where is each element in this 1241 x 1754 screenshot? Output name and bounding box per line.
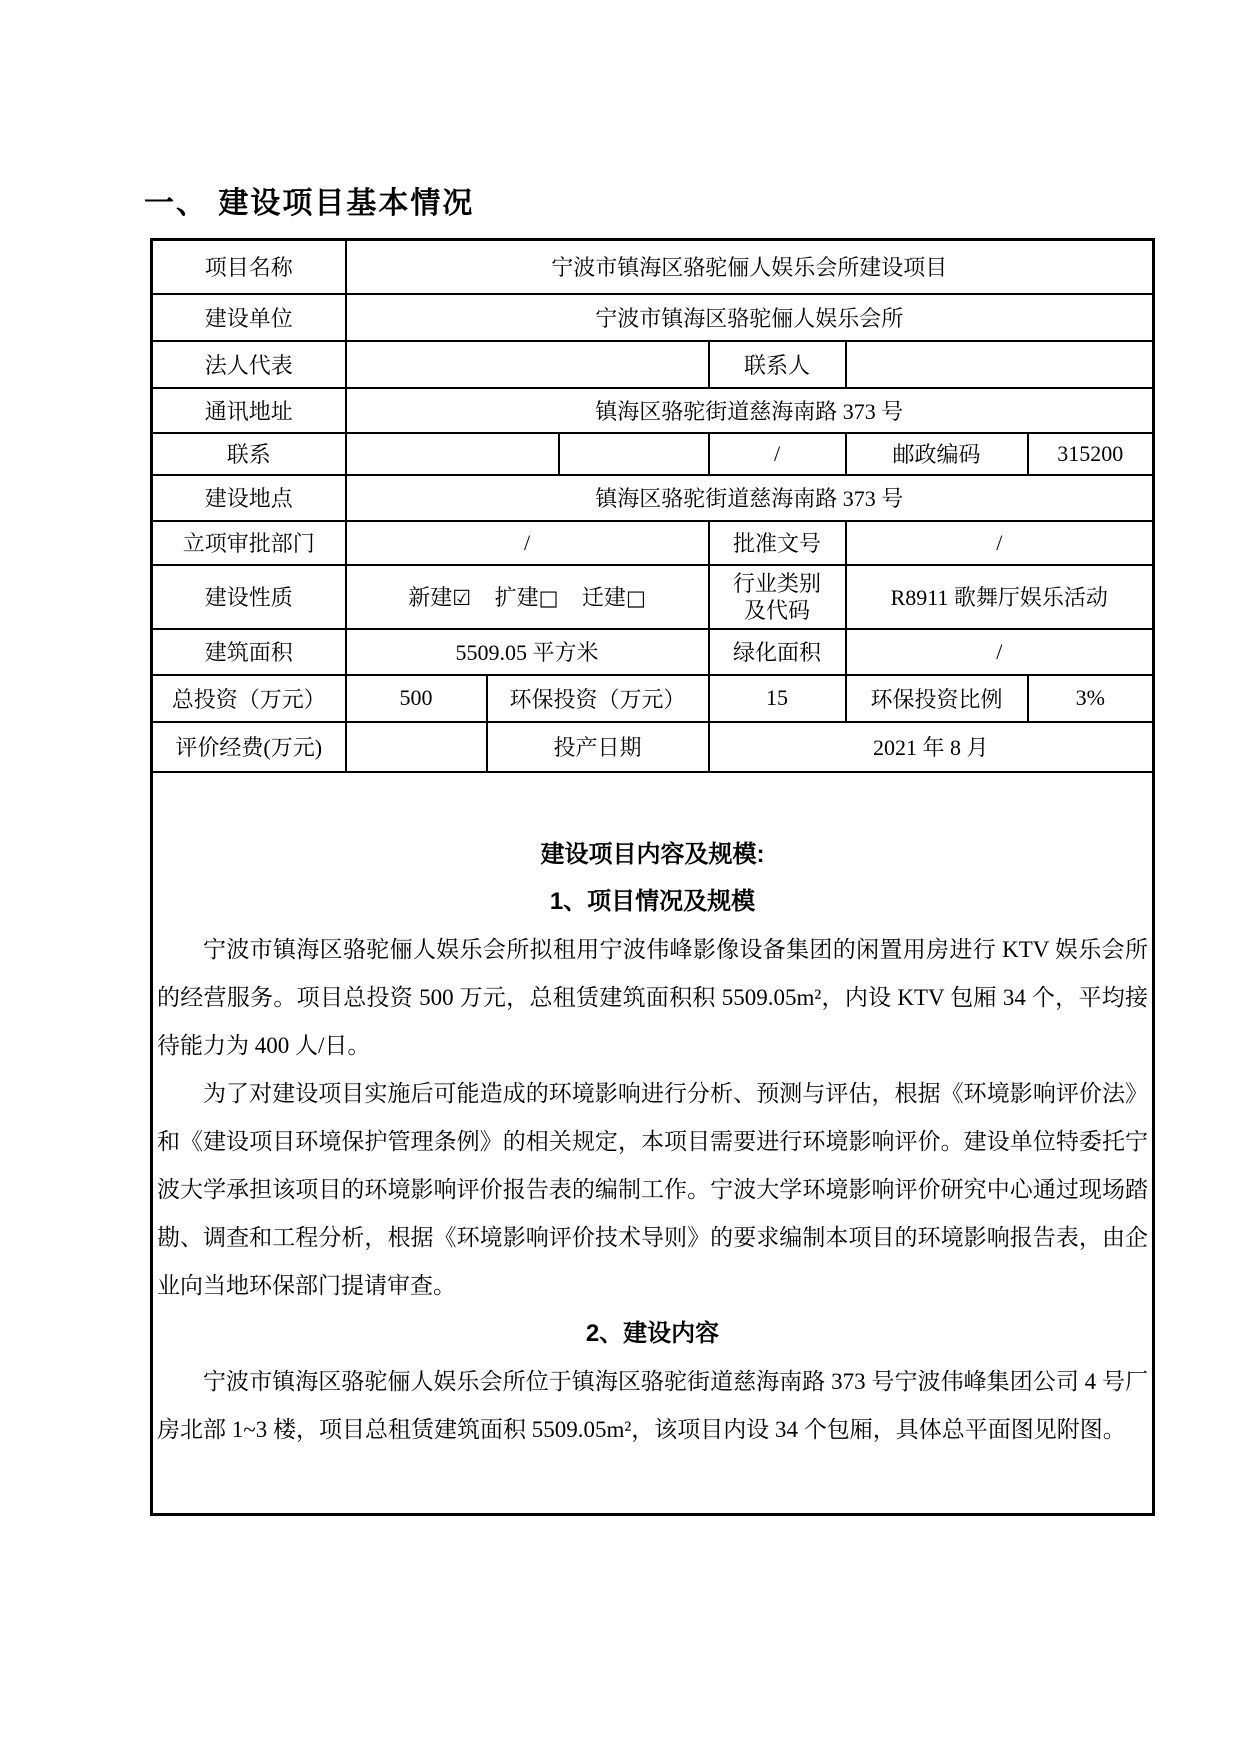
cell-nature-options: 新建☑ 扩建□ 迁建□: [346, 565, 709, 629]
row-construction-unit: 建设单位 宁波市镇海区骆驼俪人娱乐会所: [152, 294, 1154, 341]
industry-label-line1: 行业类别: [714, 570, 841, 597]
basic-info-table: 项目名称 宁波市镇海区骆驼俪人娱乐会所建设项目 建设单位 宁波市镇海区骆驼俪人娱…: [150, 238, 1155, 1516]
cell-project-name-value: 宁波市镇海区骆驼俪人娱乐会所建设项目: [346, 240, 1154, 294]
cell-eval-fee-label: 评价经费(万元): [152, 722, 346, 772]
cell-env-invest-value: 15: [709, 675, 846, 722]
checkbox-checked-icon: ☑: [452, 586, 471, 610]
cell-invest-value: 500: [346, 675, 487, 722]
row-project-name: 项目名称 宁波市镇海区骆驼俪人娱乐会所建设项目: [152, 240, 1154, 294]
document-page: 一、 建设项目基本情况 项目名称 宁波市镇海区骆驼俪人娱乐会所建设项目 建设单位…: [0, 0, 1241, 1754]
cell-project-name-label: 项目名称: [152, 240, 346, 294]
cell-approval-dept-label: 立项审批部门: [152, 521, 346, 565]
row-contact: 联系 / 邮政编码 315200: [152, 433, 1154, 475]
option-expand-label: 扩建: [495, 585, 539, 610]
document-body: 一、 建设项目基本情况 项目名称 宁波市镇海区骆驼俪人娱乐会所建设项目 建设单位…: [150, 178, 1152, 1516]
page-title: 一、 建设项目基本情况: [144, 178, 1152, 222]
row-building-area: 建筑面积 5509.05 平方米 绿化面积 /: [152, 629, 1154, 675]
row-total-investment: 总投资（万元） 500 环保投资（万元） 15 环保投资比例 3%: [152, 675, 1154, 722]
paragraph-project-scale-2: 为了对建设项目实施后可能造成的环境影响进行分析、预测与评估，根据《环境影响评价法…: [157, 1070, 1148, 1310]
cell-contact-slash: /: [709, 433, 846, 475]
cell-industry-value: R8911 歌舞厅娱乐活动: [846, 565, 1154, 629]
row-mailing-address: 通讯地址 镇海区骆驼街道慈海南路 373 号: [152, 388, 1154, 433]
cell-approval-doc-value: /: [846, 521, 1154, 565]
cell-postcode-value: 315200: [1028, 433, 1154, 475]
cell-production-date-value: 2021 年 8 月: [709, 722, 1154, 772]
cell-env-invest-label: 环保投资（万元）: [487, 675, 709, 722]
cell-content-and-scale: 建设项目内容及规模: 1、项目情况及规模 宁波市镇海区骆驼俪人娱乐会所拟租用宁波…: [152, 772, 1154, 1515]
option-expansion: 扩建□: [495, 585, 559, 610]
section1-title: 1、项目情况及规模: [157, 878, 1148, 926]
cell-eval-fee-value: [346, 722, 487, 772]
cell-green-area-label: 绿化面积: [709, 629, 846, 675]
option-new-label: 新建: [408, 585, 452, 610]
cell-area-value: 5509.05 平方米: [346, 629, 709, 675]
cell-mailing-address-value: 镇海区骆驼街道慈海南路 373 号: [346, 388, 1154, 433]
content-heading: 建设项目内容及规模:: [157, 832, 1148, 878]
cell-approval-dept-value: /: [346, 521, 709, 565]
cell-legal-rep-value: [346, 341, 709, 388]
option-relocation: 迁建□: [582, 585, 646, 610]
industry-label-line2: 及代码: [714, 597, 841, 624]
option-new-construction: 新建☑: [408, 585, 471, 610]
row-construction-nature: 建设性质 新建☑ 扩建□ 迁建□ 行业类别 及代码 R8911 歌舞厅娱乐活动: [152, 565, 1154, 629]
row-construction-site: 建设地点 镇海区骆驼街道慈海南路 373 号: [152, 475, 1154, 521]
cell-nature-label: 建设性质: [152, 565, 346, 629]
checkbox-empty-icon: □: [626, 586, 646, 610]
option-relocate-label: 迁建: [582, 585, 626, 610]
cell-legal-rep-label: 法人代表: [152, 341, 346, 388]
cell-unit-label: 建设单位: [152, 294, 346, 341]
cell-area-label: 建筑面积: [152, 629, 346, 675]
cell-green-area-value: /: [846, 629, 1154, 675]
cell-contact-label: 联系: [152, 433, 346, 475]
row-evaluation-fee: 评价经费(万元) 投产日期 2021 年 8 月: [152, 722, 1154, 772]
cell-unit-value: 宁波市镇海区骆驼俪人娱乐会所: [346, 294, 1154, 341]
cell-contact-fax: [559, 433, 709, 475]
cell-site-value: 镇海区骆驼街道慈海南路 373 号: [346, 475, 1154, 521]
cell-contact-phone: [346, 433, 559, 475]
row-content-and-scale: 建设项目内容及规模: 1、项目情况及规模 宁波市镇海区骆驼俪人娱乐会所拟租用宁波…: [152, 772, 1154, 1515]
cell-postcode-label: 邮政编码: [846, 433, 1028, 475]
cell-production-date-label: 投产日期: [487, 722, 709, 772]
checkbox-empty-icon: □: [539, 586, 559, 610]
paragraph-construction-content: 宁波市镇海区骆驼俪人娱乐会所位于镇海区骆驼街道慈海南路 373 号宁波伟峰集团公…: [157, 1358, 1148, 1454]
section2-title: 2、建设内容: [157, 1310, 1148, 1358]
cell-mailing-address-label: 通讯地址: [152, 388, 346, 433]
cell-site-label: 建设地点: [152, 475, 346, 521]
cell-industry-label: 行业类别 及代码: [709, 565, 846, 629]
cell-invest-label: 总投资（万元）: [152, 675, 346, 722]
row-legal-representative: 法人代表 联系人: [152, 341, 1154, 388]
cell-contact-person-label: 联系人: [709, 341, 846, 388]
row-approval-department: 立项审批部门 / 批准文号 /: [152, 521, 1154, 565]
cell-env-ratio-label: 环保投资比例: [846, 675, 1028, 722]
cell-contact-person-value: [846, 341, 1154, 388]
paragraph-project-scale-1: 宁波市镇海区骆驼俪人娱乐会所拟租用宁波伟峰影像设备集团的闲置用房进行 KTV 娱…: [157, 926, 1148, 1070]
cell-approval-doc-label: 批准文号: [709, 521, 846, 565]
cell-env-ratio-value: 3%: [1028, 675, 1154, 722]
